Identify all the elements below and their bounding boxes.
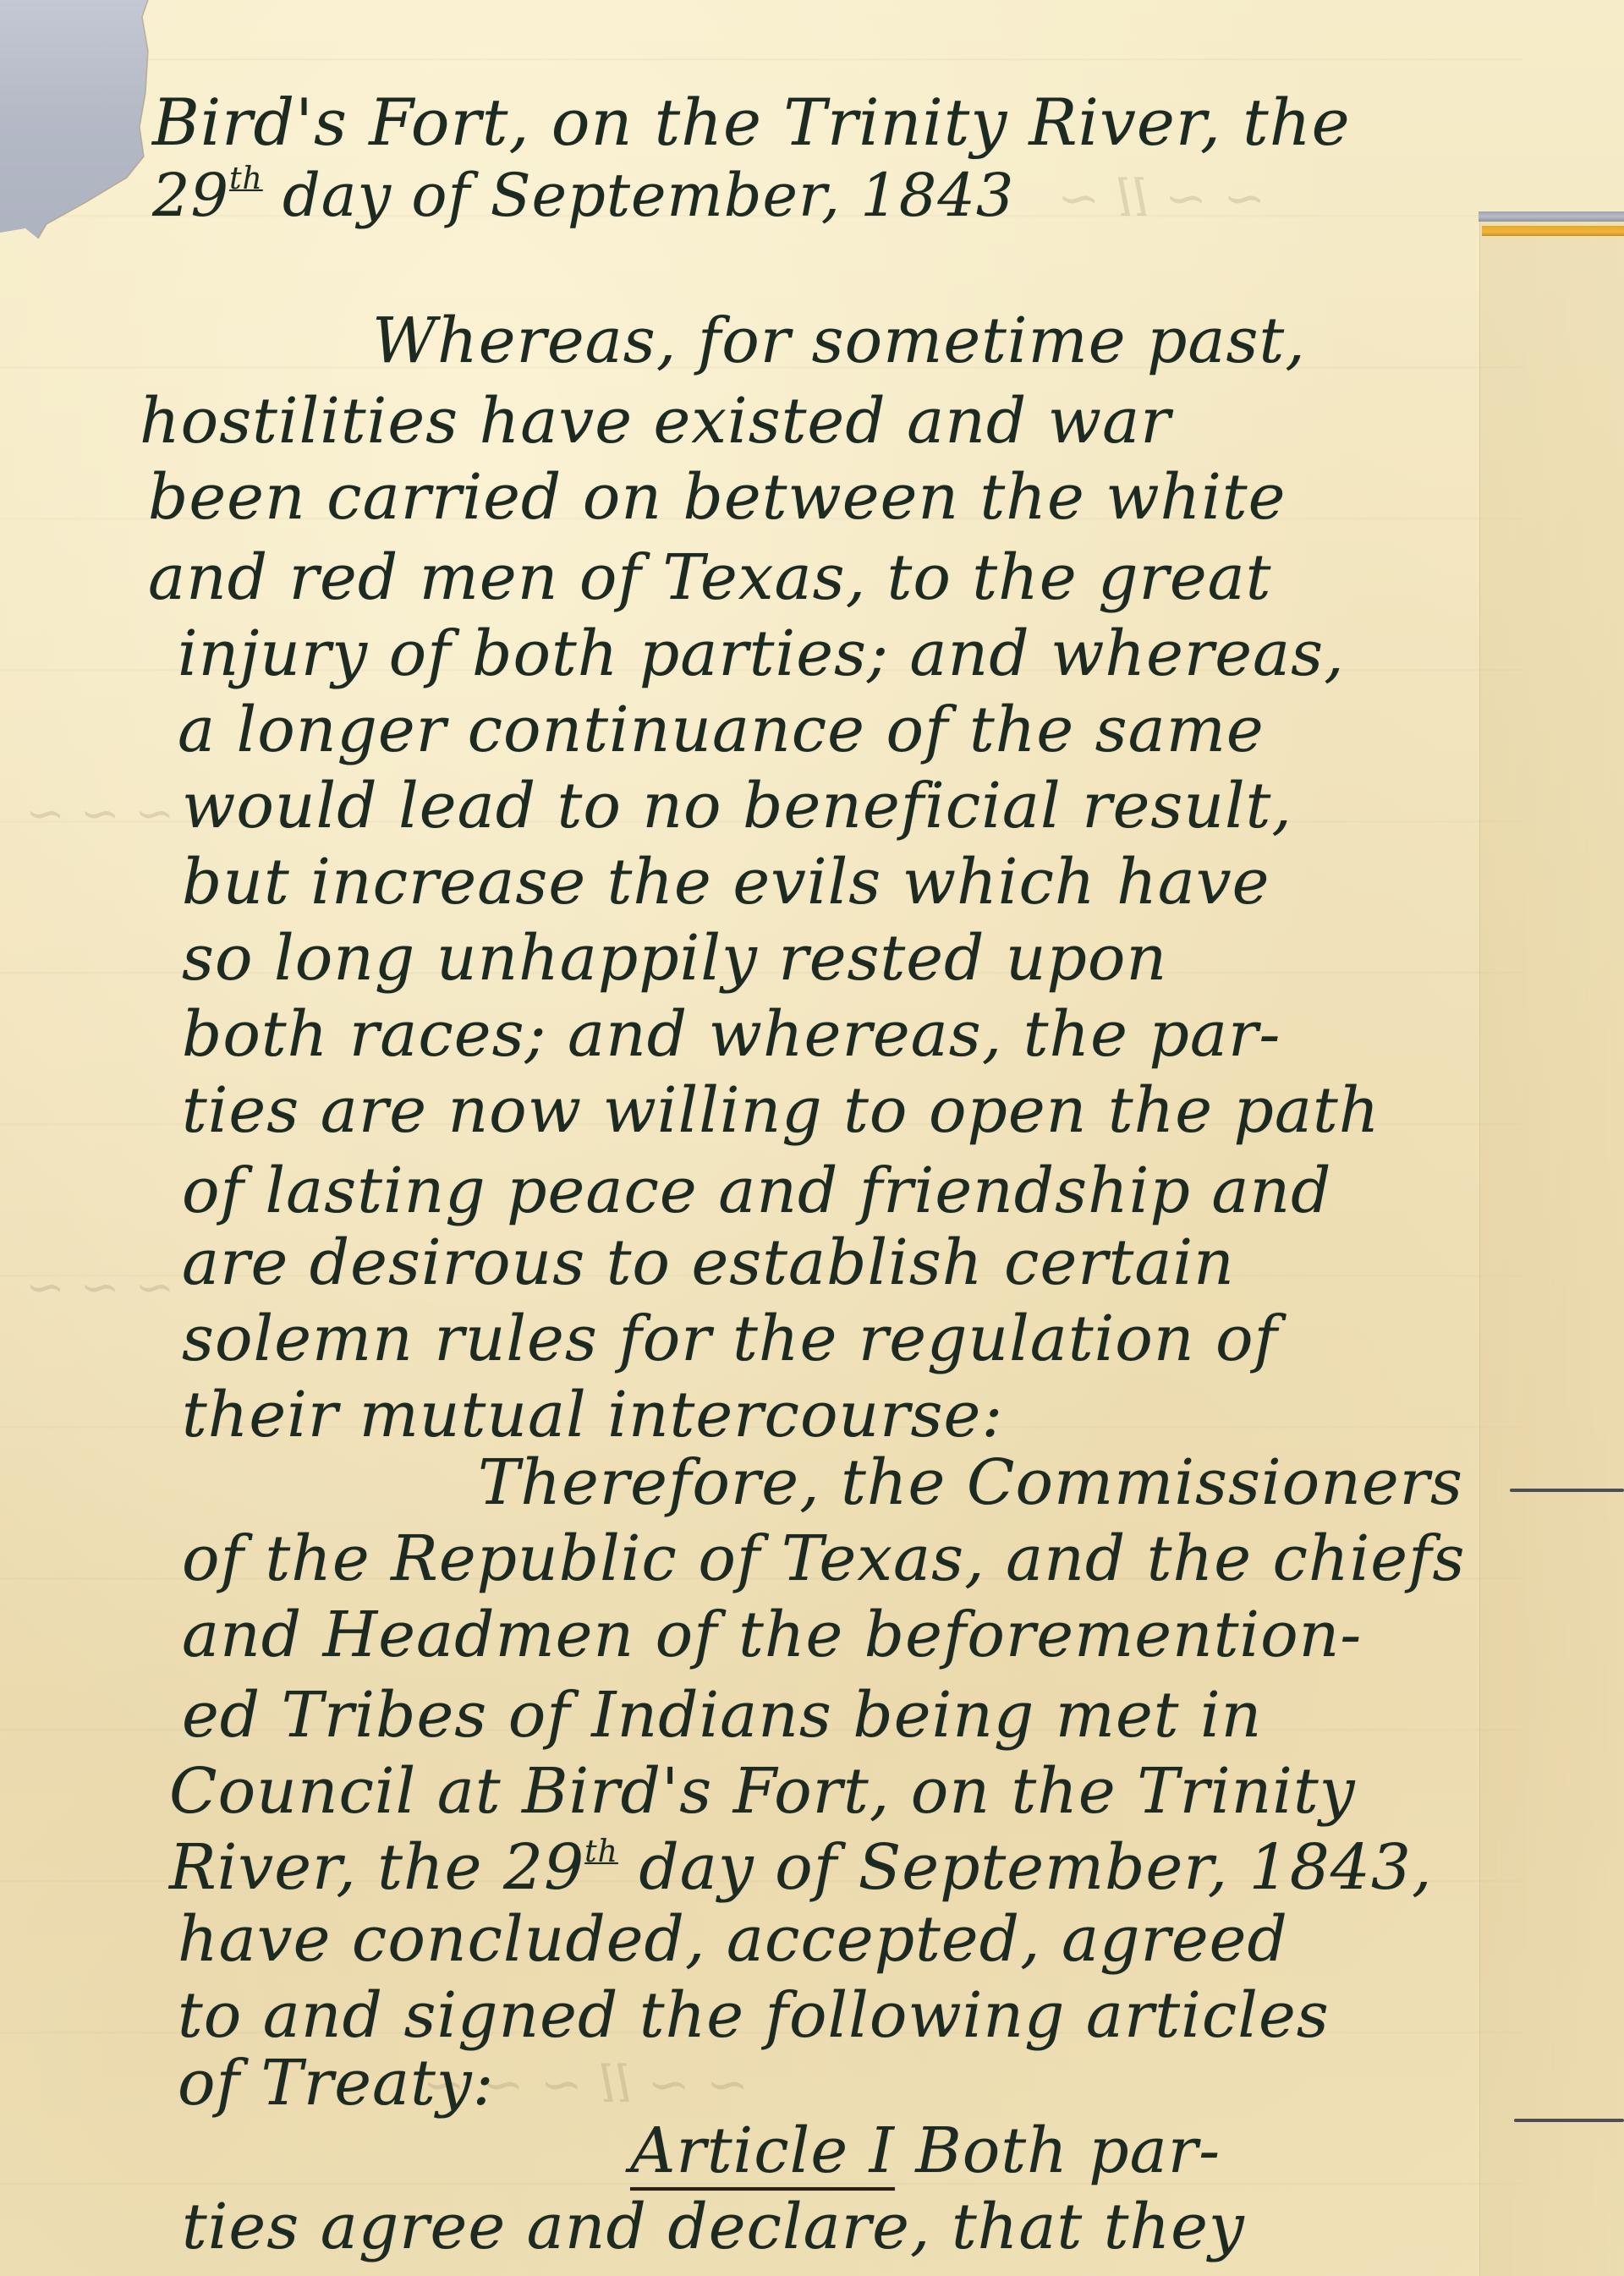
- preamble-line: both races; and whereas, the par-: [182, 998, 1281, 1071]
- grey-edge-tab: [1479, 211, 1624, 222]
- therefore-line: of the Republic of Texas, and the chiefs: [182, 1522, 1465, 1595]
- preamble-line: are desirous to establish certain: [182, 1226, 1235, 1299]
- therefore-line: ed Tribes of Indians being met in: [182, 1679, 1262, 1752]
- preamble-line: injury of both parties; and whereas,: [178, 617, 1345, 690]
- preamble-line: would lead to no beneficial result,: [182, 770, 1292, 842]
- preamble-line: their mutual intercourse:: [182, 1379, 1003, 1451]
- preamble-line: so long unhappily rested upon: [182, 922, 1167, 995]
- preamble-line: but increase the evils which have: [182, 846, 1270, 919]
- article-1-line: Article I Both par-: [630, 2114, 1221, 2187]
- preamble-line: ties are now willing to open the path: [182, 1074, 1380, 1147]
- date-line: 29th day of September, 1843: [152, 161, 1014, 230]
- date-rest: day of September, 1843: [263, 161, 1015, 230]
- article-1-line: ties agree and declare, that they: [182, 2191, 1245, 2263]
- date-repeat-day: 29: [503, 1831, 584, 1904]
- date-day: 29: [152, 161, 229, 230]
- article-1-heading: Article I: [630, 2114, 895, 2187]
- therefore-line: Therefore, the Commissioners: [478, 1446, 1463, 1519]
- date-ordinal: th: [229, 162, 263, 196]
- therefore-line: Council at Bird's Fort, on the Trinity: [169, 1755, 1356, 1828]
- closing-line: of Treaty:: [178, 2047, 495, 2120]
- place-line: Bird's Fort, on the Trinity River, the: [152, 85, 1351, 160]
- preamble-line: been carried on between the white: [148, 461, 1286, 534]
- edge-rule-line: [1510, 1489, 1624, 1492]
- preamble-line: of lasting peace and friendship and: [182, 1154, 1331, 1227]
- preamble-line: solemn rules for the regulation of: [182, 1303, 1278, 1375]
- article-1-text: Both par-: [895, 2114, 1221, 2187]
- preamble-line: hostilities have existed and war: [140, 385, 1171, 458]
- place-text: Bird's Fort, on the Trinity River, the: [152, 85, 1351, 160]
- closing-line: have concluded, accepted, agreed: [178, 1903, 1288, 1976]
- preamble-line: and red men of Texas, to the great: [148, 541, 1272, 614]
- closing-line: to and signed the following articles: [178, 1979, 1330, 2052]
- date-repeat-suffix: day of September, 1843,: [618, 1831, 1433, 1904]
- yellow-edge-tab: [1482, 226, 1624, 236]
- preamble-line: a longer continuance of the same: [178, 694, 1265, 766]
- torn-corner: [0, 0, 152, 245]
- preamble-line: Whereas, for sometime past,: [372, 304, 1306, 377]
- date-repeat-prefix: River, the: [169, 1831, 503, 1904]
- therefore-line: and Headmen of the beforemention-: [182, 1599, 1362, 1671]
- folded-edge-strip: [1479, 213, 1624, 2276]
- bleed-through-text: ~ ~ ~: [25, 787, 174, 842]
- bleed-through-text: ~ ~ ~: [25, 1260, 174, 1315]
- date-repeat-ordinal: th: [584, 1835, 618, 1869]
- bleed-through-text: ~ ~ ll ~: [1057, 169, 1265, 228]
- date-repeat-line: River, the 29th day of September, 1843,: [169, 1831, 1432, 1904]
- edge-rule-line: [1514, 2119, 1624, 2122]
